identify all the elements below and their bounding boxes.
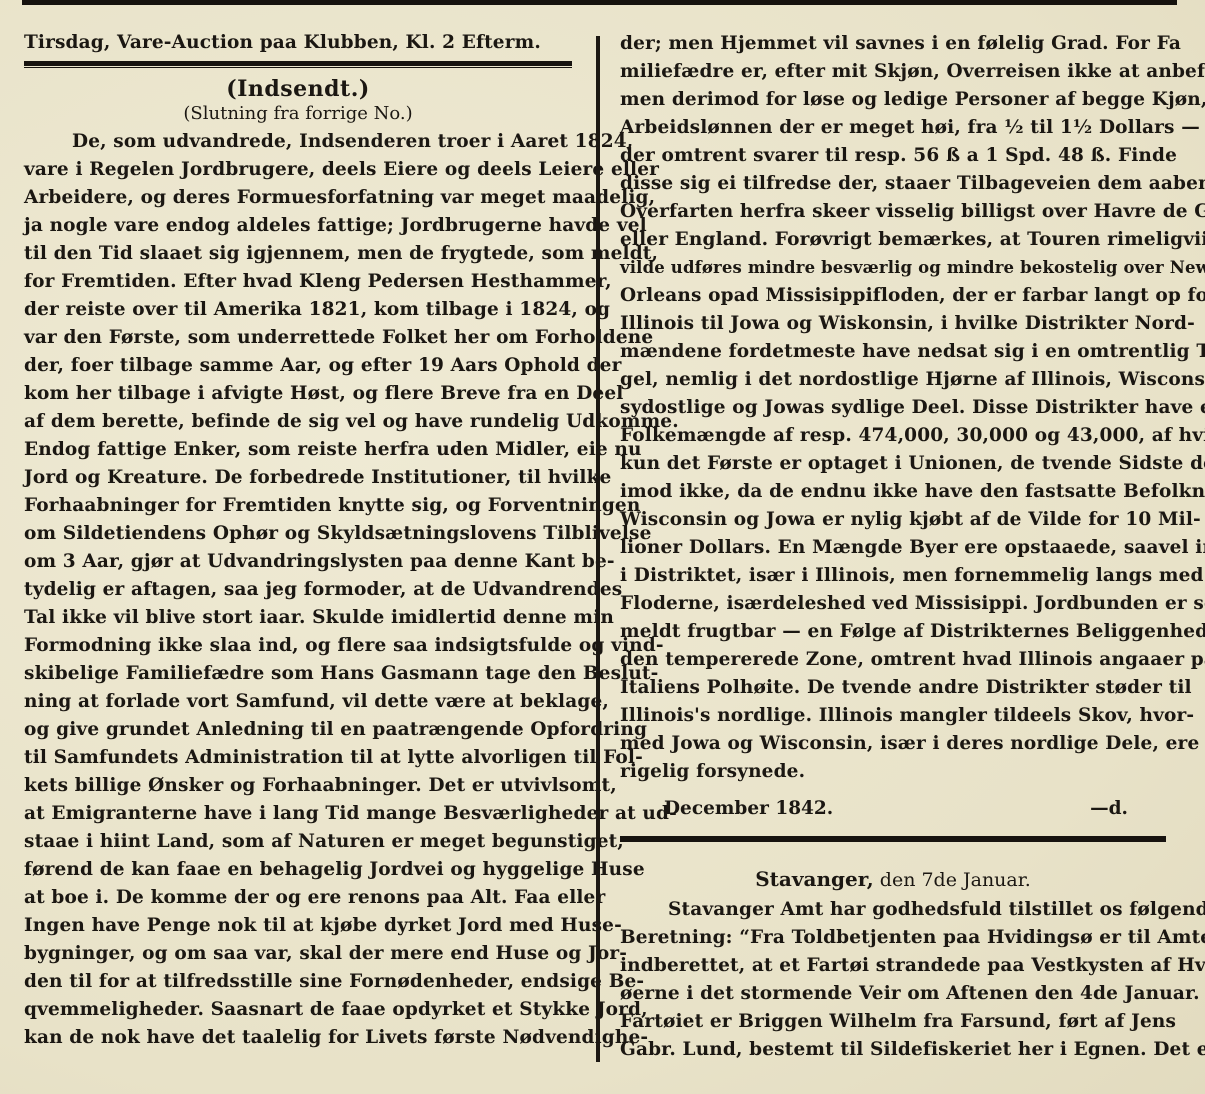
text-line: rigelig forsynede. bbox=[620, 758, 1166, 785]
text-line: i Distriktet, især i Illinois, men forne… bbox=[620, 562, 1166, 589]
text-line: Arbeidslønnen der er meget høi, fra ½ ti… bbox=[620, 114, 1166, 141]
section-rule bbox=[620, 836, 1166, 842]
signature-name: —d. bbox=[1090, 795, 1128, 822]
text-line: der reiste over til Amerika 1821, kom ti… bbox=[24, 296, 572, 323]
text-line: der; men Hjemmet vil savnes i en følelig… bbox=[620, 30, 1166, 57]
text-line: med Jowa og Wisconsin, især i deres nord… bbox=[620, 730, 1166, 757]
text-line: sydostlige og Jowas sydlige Deel. Disse … bbox=[620, 394, 1166, 421]
text-line: at boe i. De komme der og ere renons paa… bbox=[24, 884, 572, 911]
text-line: vilde udføres mindre besværlig og mindre… bbox=[620, 254, 1166, 281]
text-line: indberettet, at et Fartøi strandede paa … bbox=[620, 952, 1166, 979]
text-line: kom her tilbage i afvigte Høst, og flere… bbox=[24, 380, 572, 407]
text-line: De, som udvandrede, Indsenderen troer i … bbox=[24, 128, 572, 155]
text-line: ning at forlade vort Samfund, vil dette … bbox=[24, 688, 572, 715]
article-subtitle: (Slutning fra forrige No.) bbox=[24, 103, 572, 124]
text-line: lioner Dollars. En Mængde Byer ere opsta… bbox=[620, 534, 1166, 561]
text-line: at Emigranterne have i lang Tid mange Be… bbox=[24, 800, 572, 827]
text-line: Stavanger Amt har godhedsfuld tilstillet… bbox=[620, 896, 1166, 923]
text-line: kets billige Ønsker og Forhaabninger. De… bbox=[24, 772, 572, 799]
text-line: tydelig er aftagen, saa jeg formoder, at… bbox=[24, 576, 572, 603]
text-line: Beretning: “Fra Toldbetjenten paa Hvidin… bbox=[620, 924, 1166, 951]
text-line: mændene fordetmeste have nedsat sig i en… bbox=[620, 338, 1166, 365]
text-line: Floderne, isærdeleshed ved Missisippi. J… bbox=[620, 590, 1166, 617]
text-line: øerne i det stormende Veir om Aftenen de… bbox=[620, 980, 1166, 1007]
text-line: og give grundet Anledning til en paatræn… bbox=[24, 716, 572, 743]
text-line: Jord og Kreature. De forbedrede Institut… bbox=[24, 464, 572, 491]
text-line: den til for at tilfredsstille sine Fornø… bbox=[24, 968, 572, 995]
text-line: Ingen have Penge nok til at kjøbe dyrket… bbox=[24, 912, 572, 939]
text-line: den tempererede Zone, omtrent hvad Illin… bbox=[620, 646, 1166, 673]
text-line: for Fremtiden. Efter hvad Kleng Pedersen… bbox=[24, 268, 572, 295]
text-line: Endog fattige Enker, som reiste herfra u… bbox=[24, 436, 572, 463]
text-line: miliefædre er, efter mit Skjøn, Overreis… bbox=[620, 58, 1166, 85]
text-line: men derimod for løse og ledige Personer … bbox=[620, 86, 1166, 113]
text-line: Arbeidere, og deres Formuesforfatning va… bbox=[24, 184, 572, 211]
text-line: om Sildetiendens Ophør og Skyldsætningsl… bbox=[24, 520, 572, 547]
text-line: ja nogle vare endog aldeles fattige; Jor… bbox=[24, 212, 572, 239]
text-line: Gabr. Lund, bestemt til Sildefiskeriet h… bbox=[620, 1036, 1166, 1063]
text-line: staae i hiint Land, som af Naturen er me… bbox=[24, 828, 572, 855]
text-line: Wisconsin og Jowa er nylig kjøbt af de V… bbox=[620, 506, 1166, 533]
text-line: vare i Regelen Jordbrugere, deels Eiere … bbox=[24, 156, 572, 183]
text-line: Italiens Polhøite. De tvende andre Distr… bbox=[620, 674, 1166, 701]
text-line: til Samfundets Administration til at lyt… bbox=[24, 744, 572, 771]
text-line: gel, nemlig i det nordostlige Hjørne af … bbox=[620, 366, 1166, 393]
text-line: Fartøiet er Briggen Wilhelm fra Farsund,… bbox=[620, 1008, 1166, 1035]
text-line: Illinois's nordlige. Illinois mangler ti… bbox=[620, 702, 1166, 729]
signature-date: December 1842. bbox=[664, 795, 833, 822]
text-line: kan de nok have det taalelig for Livets … bbox=[24, 1024, 572, 1051]
text-line: til den Tid slaaet sig igjennem, men de … bbox=[24, 240, 572, 267]
text-line: Overfarten herfra skeer visselig billigs… bbox=[620, 198, 1166, 225]
signature-row: December 1842. —d. bbox=[620, 795, 1166, 822]
text-line: om 3 Aar, gjør at Udvandringslysten paa … bbox=[24, 548, 572, 575]
text-line: Tal ikke vil blive stort iaar. Skulde im… bbox=[24, 604, 572, 631]
text-line: Illinois til Jowa og Wiskonsin, i hvilke… bbox=[620, 310, 1166, 337]
auction-notice: Tirsdag, Vare-Auction paa Klubben, Kl. 2… bbox=[24, 29, 572, 56]
text-line: Formodning ikke slaa ind, og flere saa i… bbox=[24, 632, 572, 659]
text-line: meldt frugtbar — en Følge af Distriktern… bbox=[620, 618, 1166, 645]
newspaper-page: Tirsdag, Vare-Auction paa Klubben, Kl. 2… bbox=[0, 0, 1205, 1094]
text-line: disse sig ei tilfredse der, staaer Tilba… bbox=[620, 170, 1166, 197]
text-line: var den Første, som underrettede Folket … bbox=[24, 324, 572, 351]
section-rule bbox=[24, 61, 572, 68]
text-line: der omtrent svarer til resp. 56 ß a 1 Sp… bbox=[620, 142, 1166, 169]
text-line: skibelige Familiefædre som Hans Gasmann … bbox=[24, 660, 572, 687]
text-line: kun det Første er optaget i Unionen, de … bbox=[620, 450, 1166, 477]
text-line: eller England. Forøvrigt bemærkes, at To… bbox=[620, 226, 1166, 253]
top-rule bbox=[22, 0, 1177, 5]
text-line: qvemmeligheder. Saasnart de faae opdyrke… bbox=[24, 996, 572, 1023]
text-line: der, foer tilbage samme Aar, og efter 19… bbox=[24, 352, 572, 379]
text-line: af dem berette, befinde de sig vel og ha… bbox=[24, 408, 572, 435]
text-line: Folkemængde af resp. 474,000, 30,000 og … bbox=[620, 422, 1166, 449]
dateline-place: Stavanger, bbox=[755, 867, 874, 891]
dateline-date: den 7de Januar. bbox=[880, 869, 1031, 891]
text-line: Orleans opad Missisippifloden, der er fa… bbox=[620, 282, 1166, 309]
text-line: bygninger, og om saa var, skal der mere … bbox=[24, 940, 572, 967]
article-title: (Indsendt.) bbox=[24, 76, 572, 102]
dateline: Stavanger, den 7de Januar. bbox=[620, 866, 1166, 894]
text-line: imod ikke, da de endnu ikke have den fas… bbox=[620, 478, 1166, 505]
column-divider bbox=[596, 36, 600, 1062]
text-line: Forhaabninger for Fremtiden knytte sig, … bbox=[24, 492, 572, 519]
text-line: førend de kan faae en behagelig Jordvei … bbox=[24, 856, 572, 883]
